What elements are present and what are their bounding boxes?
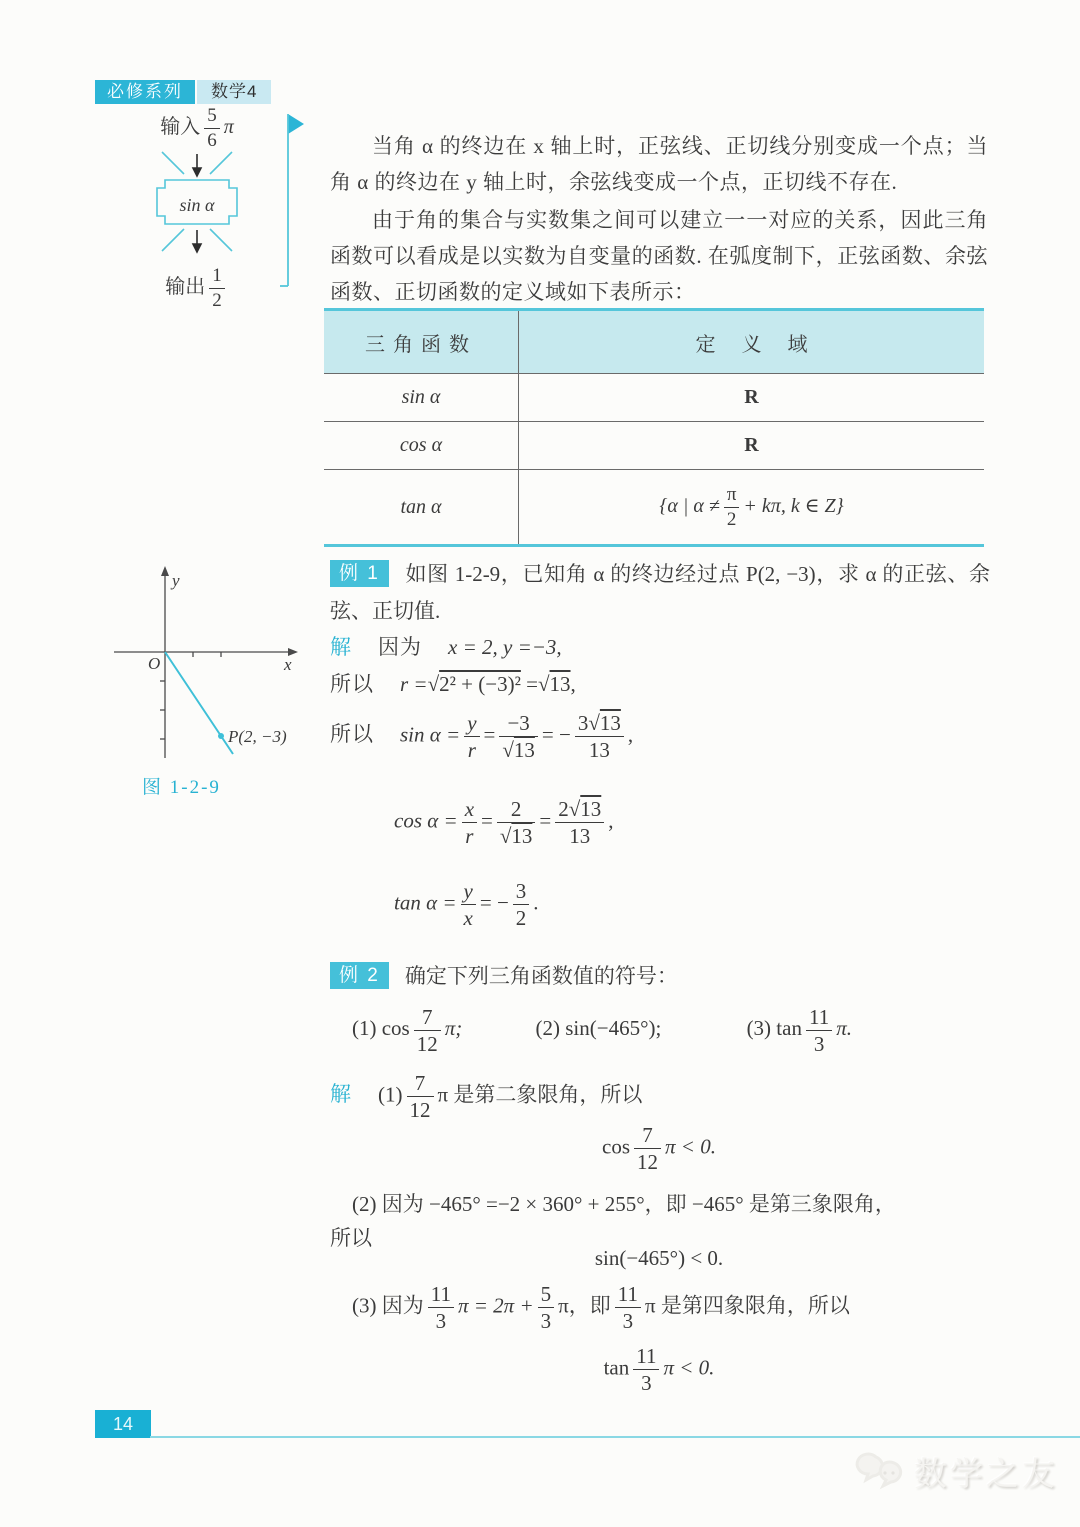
tan-tail: . [533, 890, 538, 914]
tan-domain-open: {α | α ≠ [659, 495, 719, 517]
sol3-mid-1: π = 2π + [458, 1293, 534, 1317]
sin-eq1: = [484, 722, 496, 746]
solve-label: 解 [330, 635, 352, 659]
table-cell-domain: {α | α ≠π2+ kπ, k ∈ Z} [519, 470, 985, 546]
cos-eq1: = [481, 808, 493, 832]
machine-input-label: 输入 [160, 116, 200, 138]
textbook-page: 必修系列数学4 输入56π sin α 输出12 当角 α 的终边在 x [0, 0, 1080, 1527]
book-title-badge: 数学4 [197, 80, 271, 104]
example1-badge: 例 1 [330, 560, 389, 587]
watermark-text: 数学之友 [914, 1448, 1058, 1495]
tan-fraction-2: 32 [513, 880, 530, 929]
example1-because-line: 解因为x = 2, y =−3, [330, 631, 562, 661]
flag-bracket-icon [280, 110, 306, 292]
table-row: cos α R [324, 422, 984, 470]
sol3-result-tail: π < 0. [663, 1355, 714, 1379]
r-eq-tail: , [571, 672, 576, 696]
function-machine-diagram: 输入56π sin α 输出12 [122, 106, 272, 296]
solve-label: 解 [330, 1082, 352, 1106]
machine-output-label: 输出 [165, 276, 205, 298]
r-eq-pre: r = [400, 672, 428, 696]
example2-item-1: (1) cos712π; [352, 1016, 462, 1040]
footer-rule [150, 1436, 1080, 1438]
tan-domain-fraction: π2 [724, 485, 740, 530]
because-word: 因为 [378, 635, 422, 659]
example2-sol2-line1: (2) 因为 −465° =−2 × 360° + 255°，即 −465° 是… [352, 1188, 896, 1218]
machine-input-row: 输入56π [122, 106, 272, 151]
origin-label: O [148, 654, 160, 673]
sol3-pre: (3) 因为 [352, 1293, 424, 1317]
so-word: 所以 [330, 672, 374, 696]
sin-tail: , [628, 722, 633, 746]
sol3-result-pre: tan [604, 1355, 630, 1379]
example2-item-2: (2) sin(−465°); [536, 1016, 662, 1040]
sol1-result-fraction: 712 [634, 1124, 661, 1173]
intro-paragraph-1: 当角 α 的终边在 x 轴上时，正弦线、正切线分别变成一个点；当角 α 的终边在… [330, 128, 988, 200]
so-word: 所以 [330, 722, 374, 746]
tan-fraction-1: yx [461, 880, 476, 929]
point-P-label: P(2, −3) [227, 727, 287, 746]
cos-fraction-1: xr [462, 798, 477, 847]
r-eq-equals: = [521, 672, 538, 696]
example2-sol1-line: 解(1)712π 是第二象限角，所以 [330, 1072, 642, 1121]
machine-box-label: sin α [122, 195, 272, 216]
example1-statement-text: 如图 1-2-9，已知角 α 的终边经过点 P(2, −3)，求 α 的正弦、余… [330, 562, 990, 623]
table-row: sin α R [324, 374, 984, 422]
sol1-fraction: 712 [407, 1072, 434, 1121]
tan-eq1: = − [480, 890, 509, 914]
sin-eq2: = − [542, 722, 571, 746]
domain-table-header-row: 三角函数 定义域 [324, 310, 984, 374]
terminal-side-line [165, 652, 233, 754]
sol3-mid-2: π，即 [558, 1293, 611, 1317]
example2-sol3-result: tan113π < 0. [330, 1345, 988, 1394]
table-cell-fn: cos α [324, 422, 519, 470]
sol1-result-tail: π < 0. [665, 1134, 716, 1158]
example1-tan-line: tan α =yx= −32. [394, 880, 539, 929]
table-cell-domain: R [519, 422, 985, 470]
domain-table: 三角函数 定义域 sin α R cos α R tan α {α | α ≠π… [324, 308, 984, 547]
example2-badge: 例 2 [330, 962, 389, 989]
cos-head: cos α = [394, 808, 458, 832]
y-axis-label: y [170, 571, 180, 590]
machine-output-fraction: 12 [209, 266, 225, 311]
example2-item-3: (3) tan113π. [747, 1016, 852, 1040]
sin-fraction-1: yr [464, 712, 479, 761]
example2-sol3-line: (3) 因为113π = 2π +53π，即113π 是第四象限角，所以 [352, 1283, 850, 1332]
y-axis-arrow [161, 566, 169, 576]
domain-table-header-fn: 三角函数 [324, 310, 519, 374]
machine-input-pi: π [224, 116, 234, 138]
sin-fraction-2: −3√13 [499, 712, 538, 761]
page-number-badge: 14 [95, 1410, 151, 1438]
example1-statement: 例 1如图 1-2-9，已知角 α 的终边经过点 P(2, −3)，求 α 的正… [330, 556, 990, 630]
x-axis-label: x [283, 655, 292, 674]
tan-head: tan α = [394, 890, 457, 914]
page-header: 必修系列数学4 [95, 80, 271, 104]
table-cell-domain: R [519, 374, 985, 422]
because-math: x = 2, y =−3, [448, 635, 562, 659]
example2-sol2-result: sin(−465°) < 0. [330, 1246, 988, 1271]
sqrt-sign: √ [428, 672, 440, 696]
table-cell-fn: tan α [324, 470, 519, 546]
sqrt-sign: √ [538, 672, 550, 696]
example1-cos-line: cos α =xr=2√13=2√1313, [394, 798, 614, 847]
machine-output-row: 输出12 [122, 266, 272, 311]
example2-sol1-result: cos712π < 0. [330, 1124, 988, 1173]
watermark: 数学之友 [852, 1447, 1058, 1495]
sol1-result-pre: cos [602, 1134, 630, 1158]
example1-sin-line: 所以sin α =yr=−3√13= −3√1313, [330, 712, 633, 761]
sol3-tail: π 是第四象限角，所以 [645, 1293, 850, 1317]
figure-1-2-9: y x O P(2, −3) [100, 560, 310, 770]
point-P-dot [218, 733, 224, 739]
sol1-pre: (1) [378, 1082, 403, 1106]
r-radicand-1: 2² + (−3)² [439, 672, 521, 696]
table-cell-fn: sin α [324, 374, 519, 422]
sol3-fraction-3: 113 [615, 1283, 641, 1332]
figure-caption: 图 1-2-9 [142, 772, 221, 799]
sin-head: sin α = [400, 722, 460, 746]
example2-statement: 例 2确定下列三角函数值的符号： [330, 958, 990, 995]
tan-domain-close: + kπ, k ∈ Z} [743, 495, 843, 517]
sol3-fraction-1: 113 [428, 1283, 454, 1332]
example2-statement-text: 确定下列三角函数值的符号： [405, 964, 678, 988]
example2-items: (1) cos712π; (2) sin(−465°); (3) tan113π… [352, 1006, 852, 1055]
cos-eq2: = [539, 808, 551, 832]
example1-r-line: 所以r =√2² + (−3)² =√13, [330, 668, 576, 698]
cos-fraction-3: 2√1313 [555, 798, 604, 847]
sol3-fraction-2: 53 [538, 1283, 555, 1332]
intro-paragraph-2: 由于角的集合与实数集之间可以建立一一对应的关系，因此三角函数可以看成是以实数为自… [330, 202, 988, 310]
sin-fraction-3: 3√1313 [575, 712, 624, 761]
cos-tail: , [608, 808, 613, 832]
r-radicand-2: 13 [550, 672, 571, 696]
chat-bubbles-icon [852, 1447, 914, 1495]
table-row: tan α {α | α ≠π2+ kπ, k ∈ Z} [324, 470, 984, 546]
cos-fraction-2: 2√13 [497, 798, 536, 847]
domain-table-header-domain: 定义域 [519, 310, 985, 374]
series-badge: 必修系列 [95, 80, 195, 104]
sol1-tail: π 是第二象限角，所以 [438, 1082, 643, 1106]
sol3-result-fraction: 113 [633, 1345, 659, 1394]
machine-input-fraction: 56 [204, 106, 220, 151]
